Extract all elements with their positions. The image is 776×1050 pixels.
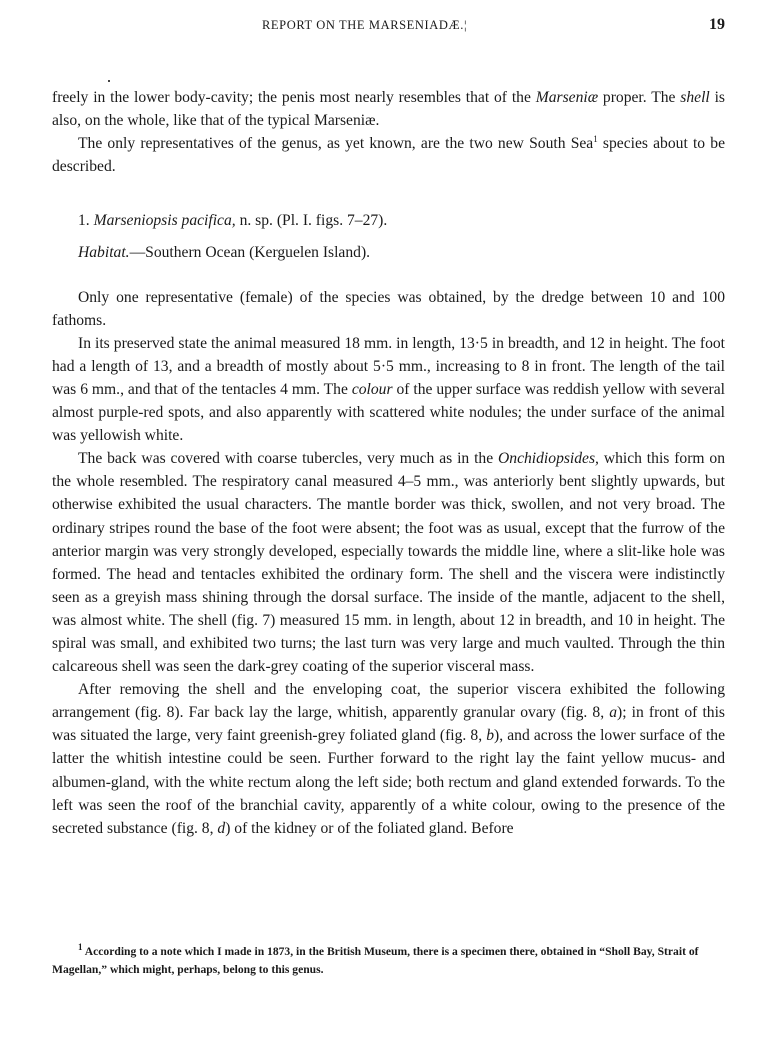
document-page: REPORT ON THE MARSENIADÆ.¦ 19 freely in … — [0, 0, 776, 1050]
paragraph-5: The back was covered with coarse tubercl… — [52, 447, 725, 678]
print-speck — [108, 80, 110, 82]
paragraph-4: In its preserved state the animal measur… — [52, 332, 725, 447]
page-number: 19 — [709, 16, 725, 34]
paragraph-2: The only representatives of the genus, a… — [52, 132, 725, 178]
footnotes: 1 According to a note which I made in 18… — [52, 943, 725, 979]
paragraph-6: After removing the shell and the envelop… — [52, 678, 725, 840]
spacer — [52, 199, 725, 209]
footnote-1: 1 According to a note which I made in 18… — [52, 943, 725, 979]
spacer — [52, 265, 725, 286]
body-text: freely in the lower body-cavity; the pen… — [52, 86, 725, 840]
habitat-line: Habitat.—Southern Ocean (Kerguelen Islan… — [52, 241, 725, 264]
species-title: 1. Marseniopsis pacifica, n. sp. (Pl. I.… — [52, 209, 725, 232]
spacer — [52, 178, 725, 199]
running-head: REPORT ON THE MARSENIADÆ.¦ — [262, 18, 467, 33]
page-header: REPORT ON THE MARSENIADÆ.¦ 19 — [52, 18, 725, 38]
paragraph-1: freely in the lower body-cavity; the pen… — [52, 86, 725, 132]
species-heading: 1. Marseniopsis pacifica, n. sp. (Pl. I.… — [52, 209, 725, 264]
paragraph-3: Only one representative (female) of the … — [52, 286, 725, 332]
